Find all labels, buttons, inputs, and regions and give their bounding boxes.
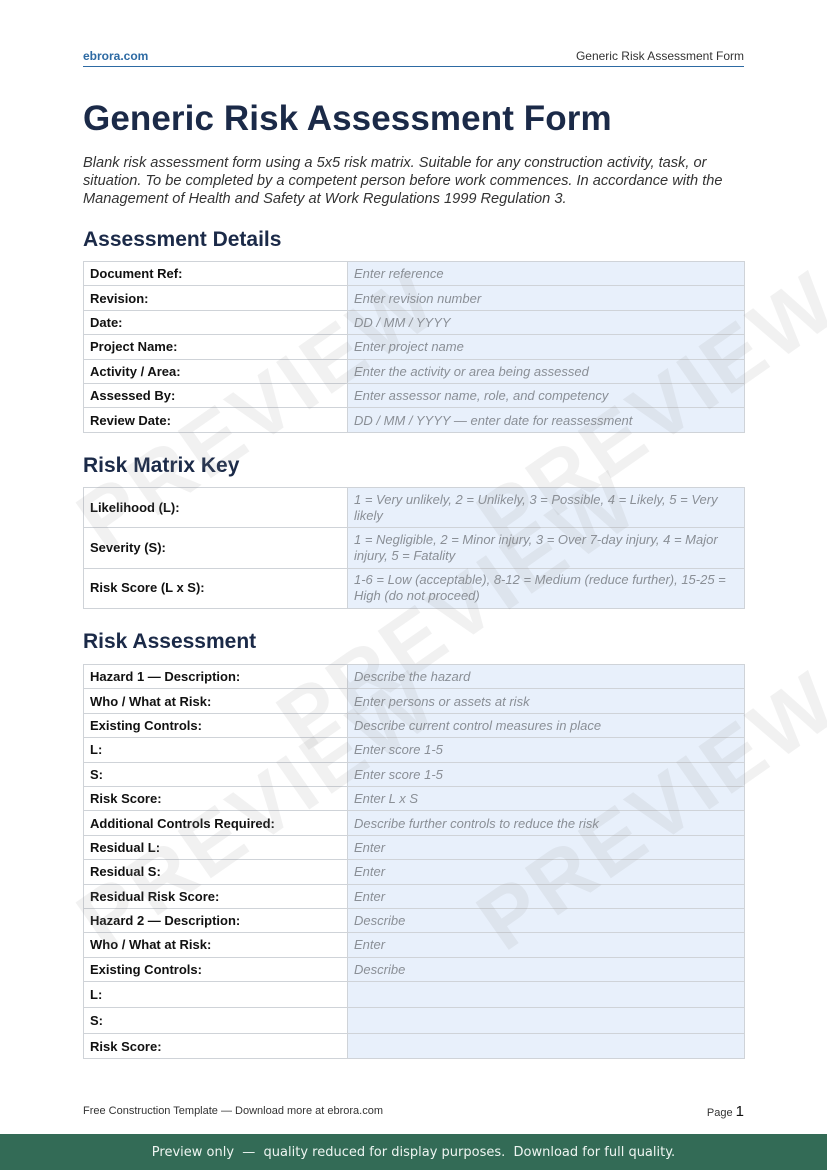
form-row: Project Name:Enter project name — [84, 335, 745, 359]
field-input[interactable]: Describe the hazard — [348, 665, 745, 689]
page-indicator: Page 1 — [707, 1103, 744, 1120]
field-label: L: — [84, 738, 348, 762]
risk-assessment-table: Hazard 1 — Description:Describe the haza… — [83, 664, 745, 1059]
brand-link[interactable]: ebrora.com — [83, 49, 148, 63]
form-row: Risk Score: — [84, 1033, 745, 1059]
form-row: L:Enter score 1-5 — [84, 738, 745, 762]
field-input[interactable] — [348, 982, 745, 1008]
field-label: Who / What at Risk: — [84, 689, 348, 713]
field-input[interactable]: 1-6 = Low (acceptable), 8-12 = Medium (r… — [348, 568, 745, 608]
section-heading-assessment-details: Assessment Details — [83, 228, 281, 252]
form-row: Existing Controls:Describe current contr… — [84, 713, 745, 737]
field-input[interactable]: 1 = Very unlikely, 2 = Unlikely, 3 = Pos… — [348, 488, 745, 528]
field-input[interactable]: DD / MM / YYYY — enter date for reassess… — [348, 408, 745, 432]
field-input[interactable]: Enter project name — [348, 335, 745, 359]
footer-text: Free Construction Template — Download mo… — [83, 1105, 383, 1117]
field-input[interactable] — [348, 1007, 745, 1033]
form-row: Severity (S):1 = Negligible, 2 = Minor i… — [84, 528, 745, 568]
field-label: Date: — [84, 310, 348, 334]
field-label: Assessed By: — [84, 383, 348, 407]
form-row: Residual Risk Score:Enter — [84, 884, 745, 908]
form-row: Who / What at Risk:Enter — [84, 933, 745, 957]
field-label: Hazard 2 — Description: — [84, 908, 348, 932]
form-row: Hazard 1 — Description:Describe the haza… — [84, 665, 745, 689]
field-input[interactable]: Enter L x S — [348, 786, 745, 810]
field-label: Risk Score: — [84, 1033, 348, 1059]
field-label: Project Name: — [84, 335, 348, 359]
header-title: Generic Risk Assessment Form — [576, 49, 744, 63]
field-label: Existing Controls: — [84, 957, 348, 981]
form-row: Residual S:Enter — [84, 860, 745, 884]
field-label: S: — [84, 1007, 348, 1033]
risk-matrix-key-table: Likelihood (L):1 = Very unlikely, 2 = Un… — [83, 487, 745, 609]
form-row: Additional Controls Required:Describe fu… — [84, 811, 745, 835]
field-input[interactable]: Describe — [348, 957, 745, 981]
field-label: Residual Risk Score: — [84, 884, 348, 908]
form-row: Assessed By:Enter assessor name, role, a… — [84, 383, 745, 407]
assessment-details-table: Document Ref:Enter referenceRevision:Ent… — [83, 261, 745, 433]
form-row: Activity / Area:Enter the activity or ar… — [84, 359, 745, 383]
field-label: Severity (S): — [84, 528, 348, 568]
field-input[interactable]: Enter score 1-5 — [348, 762, 745, 786]
field-label: Revision: — [84, 286, 348, 310]
field-label: Risk Score (L x S): — [84, 568, 348, 608]
field-label: Who / What at Risk: — [84, 933, 348, 957]
field-input[interactable]: DD / MM / YYYY — [348, 310, 745, 334]
form-row: S: — [84, 1007, 745, 1033]
form-row: Document Ref:Enter reference — [84, 262, 745, 286]
field-input[interactable]: 1 = Negligible, 2 = Minor injury, 3 = Ov… — [348, 528, 745, 568]
form-row: Likelihood (L):1 = Very unlikely, 2 = Un… — [84, 488, 745, 528]
field-label: Likelihood (L): — [84, 488, 348, 528]
field-label: Residual L: — [84, 835, 348, 859]
field-input[interactable]: Enter persons or assets at risk — [348, 689, 745, 713]
field-input[interactable]: Enter — [348, 860, 745, 884]
field-input[interactable]: Enter reference — [348, 262, 745, 286]
field-input[interactable]: Enter — [348, 933, 745, 957]
field-input[interactable]: Enter score 1-5 — [348, 738, 745, 762]
intro-text: Blank risk assessment form using a 5x5 r… — [83, 154, 748, 208]
form-row: Residual L:Enter — [84, 835, 745, 859]
field-label: Document Ref: — [84, 262, 348, 286]
field-label: S: — [84, 762, 348, 786]
preview-banner: Preview only — quality reduced for displ… — [0, 1134, 827, 1170]
form-row: S:Enter score 1-5 — [84, 762, 745, 786]
form-row: Revision:Enter revision number — [84, 286, 745, 310]
form-row: Who / What at Risk:Enter persons or asse… — [84, 689, 745, 713]
field-label: Risk Score: — [84, 786, 348, 810]
page-title: Generic Risk Assessment Form — [83, 99, 612, 139]
field-label: Existing Controls: — [84, 713, 348, 737]
field-label: Activity / Area: — [84, 359, 348, 383]
field-label: Hazard 1 — Description: — [84, 665, 348, 689]
field-label: Residual S: — [84, 860, 348, 884]
form-row: Risk Score (L x S):1-6 = Low (acceptable… — [84, 568, 745, 608]
form-row: Date:DD / MM / YYYY — [84, 310, 745, 334]
field-input[interactable]: Enter assessor name, role, and competenc… — [348, 383, 745, 407]
page-number: 1 — [736, 1103, 744, 1120]
field-input[interactable]: Describe further controls to reduce the … — [348, 811, 745, 835]
field-label: Review Date: — [84, 408, 348, 432]
form-row: Hazard 2 — Description:Describe — [84, 908, 745, 932]
page-label: Page — [707, 1107, 733, 1119]
form-row: Existing Controls:Describe — [84, 957, 745, 981]
field-input[interactable]: Enter the activity or area being assesse… — [348, 359, 745, 383]
section-heading-risk-matrix-key: Risk Matrix Key — [83, 454, 239, 478]
section-heading-risk-assessment: Risk Assessment — [83, 630, 256, 654]
field-input[interactable]: Enter — [348, 884, 745, 908]
field-input[interactable]: Describe — [348, 908, 745, 932]
page-header: ebrora.com Generic Risk Assessment Form — [83, 48, 744, 67]
field-input[interactable]: Enter — [348, 835, 745, 859]
field-input[interactable] — [348, 1033, 745, 1059]
field-input[interactable]: Describe current control measures in pla… — [348, 713, 745, 737]
field-input[interactable]: Enter revision number — [348, 286, 745, 310]
field-label: Additional Controls Required: — [84, 811, 348, 835]
field-label: L: — [84, 982, 348, 1008]
form-row: L: — [84, 982, 745, 1008]
form-row: Review Date:DD / MM / YYYY — enter date … — [84, 408, 745, 432]
form-row: Risk Score:Enter L x S — [84, 786, 745, 810]
